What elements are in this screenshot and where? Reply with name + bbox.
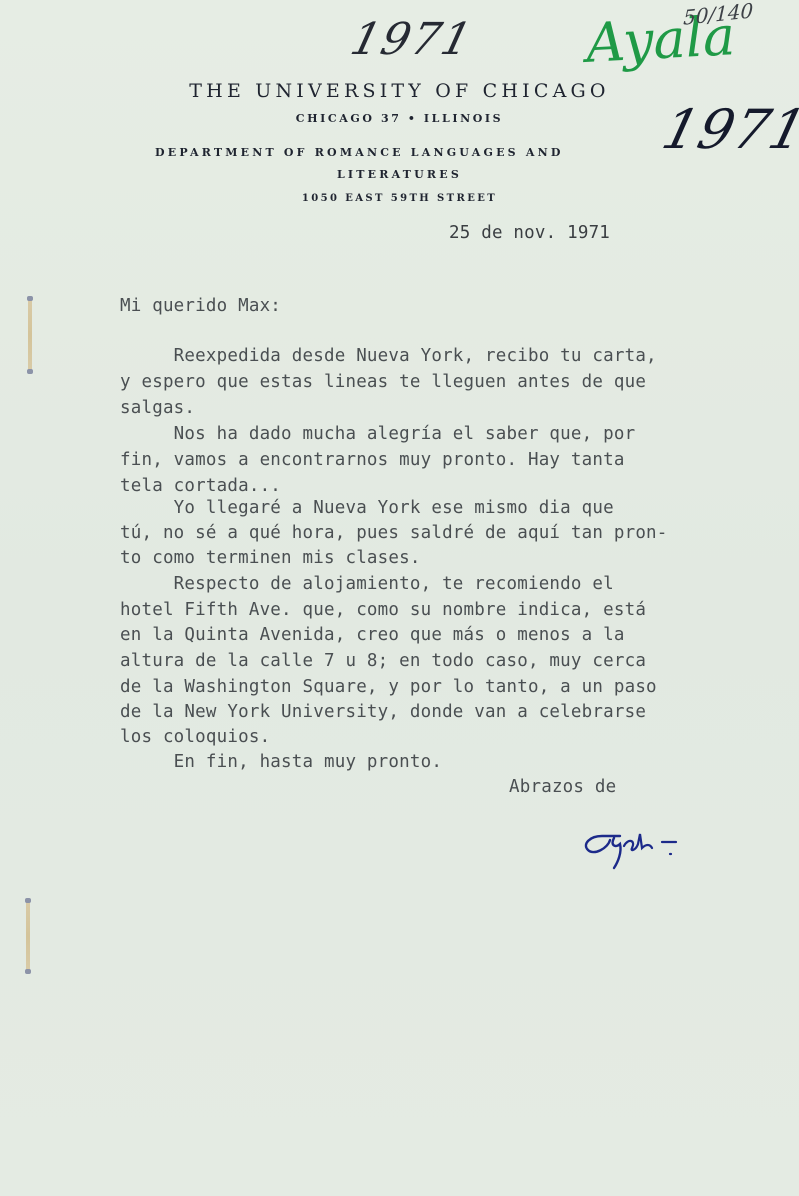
letter-date: 25 de nov. 1971: [449, 223, 610, 243]
letterhead-department-cont: LITERATURES: [0, 168, 799, 181]
body-line: Nos ha dado mucha alegría el saber que, …: [120, 424, 635, 444]
body-line: altura de la calle 7 u 8; en todo caso, …: [120, 651, 646, 671]
body-line: Respecto de alojamiento, te recomiendo e…: [120, 574, 614, 594]
body-line: to como terminen mis clases.: [120, 548, 421, 568]
body-line: En fin, hasta muy pronto.: [120, 752, 442, 772]
body-line: tela cortada...: [120, 476, 281, 496]
body-line: Reexpedida desde Nueva York, recibo tu c…: [120, 346, 657, 366]
letterhead-department: DEPARTMENT OF ROMANCE LANGUAGES AND: [155, 146, 637, 159]
letter-page: THE UNIVERSITY OF CHICAGO CHICAGO 37 • I…: [0, 0, 799, 1196]
body-line: salgas.: [120, 398, 195, 418]
archive-reference: 50/140: [683, 0, 754, 30]
body-line: hotel Fifth Ave. que, como su nombre ind…: [120, 600, 646, 620]
body-line: y espero que estas lineas te lleguen ant…: [120, 372, 646, 392]
handwritten-year-top: 1971: [346, 14, 479, 65]
body-line: Yo llegaré a Nueva York ese mismo dia qu…: [120, 498, 614, 518]
salutation: Mi querido Max:: [120, 296, 281, 316]
pin-mark-top: [28, 296, 32, 374]
closing: Abrazos de: [509, 777, 616, 797]
handwritten-year-right: 1971: [656, 98, 799, 161]
body-line: en la Quinta Avenida, creo que más o men…: [120, 625, 625, 645]
pin-mark-bottom: [26, 898, 30, 974]
body-line: de la New York University, donde van a c…: [120, 702, 646, 722]
body-line: los coloquios.: [120, 727, 270, 747]
letterhead-address: 1050 EAST 59TH STREET: [0, 193, 799, 204]
signature-icon: [580, 826, 730, 874]
body-line: tú, no sé a qué hora, pues saldré de aqu…: [120, 523, 668, 543]
body-line: de la Washington Square, y por lo tanto,…: [120, 677, 657, 697]
body-line: fin, vamos a encontrarnos muy pronto. Ha…: [120, 450, 625, 470]
